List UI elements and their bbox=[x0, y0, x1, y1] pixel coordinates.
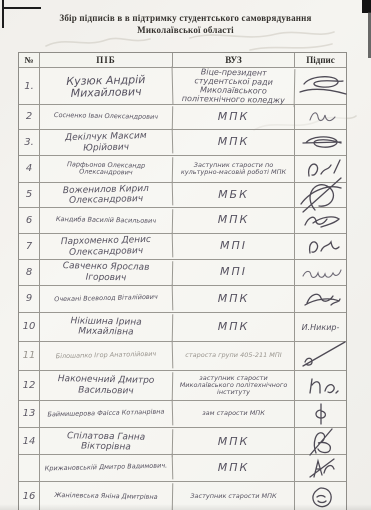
name-cell: Очекані Всеволод Віталійович bbox=[40, 284, 174, 313]
table-row: 6 Кандиба Василій Васильович МПК bbox=[19, 208, 346, 234]
row-number: 6 bbox=[19, 208, 40, 233]
vuz-cell: МПК bbox=[173, 130, 295, 155]
table-row: 10 Нікішина Ірина Михайлівна МПК И.Никир… bbox=[19, 313, 346, 342]
signature-scribble bbox=[300, 133, 342, 153]
scan-bottom-shade bbox=[0, 504, 371, 510]
signature-cell bbox=[295, 428, 346, 456]
name-cell: Пархоменко Денис Олександрович bbox=[40, 232, 174, 260]
vuz-cell: МПІ bbox=[173, 260, 295, 285]
name-cell: Кандиба Василій Васильович bbox=[40, 207, 173, 235]
vuz-cell: МПК bbox=[173, 428, 295, 456]
signature-scribble bbox=[301, 289, 341, 309]
table-row: 8 Савченко Ярослав Ігорович МПІ bbox=[19, 260, 346, 286]
vuz-cell: заступник старости Миколаївського політе… bbox=[173, 371, 295, 400]
signature-scribble bbox=[306, 429, 336, 455]
signature-cell bbox=[295, 342, 346, 370]
name-cell: Декілчук Максим Юрійович bbox=[40, 128, 174, 156]
signature-scribble bbox=[302, 237, 340, 257]
vuz-cell: Заступник старости по культурно-масовій … bbox=[173, 156, 295, 182]
vuz-cell: МПК bbox=[173, 105, 295, 129]
row-number: 13 bbox=[19, 401, 40, 427]
signature-cell bbox=[295, 68, 346, 106]
signature-cell bbox=[295, 105, 346, 129]
table-row: 3. Декілчук Максим Юрійович МПК bbox=[19, 130, 346, 156]
table-row: 14 Спілатова Ганна Вікторівна МПК bbox=[19, 428, 346, 455]
signature-cell bbox=[295, 371, 346, 400]
vuz-cell: МПК bbox=[173, 313, 295, 341]
name-cell: Савченко Ярослав Ігорович bbox=[40, 259, 173, 287]
signature-scribble bbox=[299, 184, 343, 206]
signature-cell bbox=[295, 208, 346, 233]
row-number: 7 bbox=[19, 234, 40, 259]
row-number: 4 bbox=[19, 156, 40, 182]
table-row: 4 Парфьонов Олександр Олександрович Заст… bbox=[19, 156, 346, 183]
signature-scribble bbox=[303, 375, 339, 397]
signature-scribble bbox=[301, 158, 341, 180]
name-cell: Парфьонов Олександр Олександрович bbox=[40, 155, 173, 184]
header-num: № bbox=[19, 53, 40, 67]
signature-scribble bbox=[298, 74, 344, 100]
scanned-signature-sheet: Збір підписів в в підтримку студентськог… bbox=[0, 0, 371, 510]
signature-cell bbox=[295, 286, 346, 312]
signature-cell bbox=[295, 130, 346, 155]
name-cell: Крижановській Дмитро Вадимович. bbox=[40, 453, 174, 482]
title-line-2: Миколаївської області bbox=[24, 24, 347, 36]
row-number: 8 bbox=[19, 260, 40, 285]
row-number: 1. bbox=[19, 68, 40, 106]
signature-scribble bbox=[301, 211, 341, 231]
table-header-row: № ПІБ ВУЗ Підпис bbox=[19, 53, 346, 68]
row-number: 2 bbox=[19, 105, 40, 129]
name-cell: Сосненко Іван Олександрович bbox=[40, 104, 173, 131]
row-number bbox=[19, 455, 40, 481]
name-cell: Білошапко Ігор Анатолійович bbox=[40, 340, 174, 371]
title-line-1: Збір підписів в в підтримку студентськог… bbox=[24, 12, 347, 24]
vuz-cell: староста групи 405-211 МПІ bbox=[173, 342, 295, 370]
signature-cell bbox=[295, 455, 346, 481]
signature-cell bbox=[295, 401, 346, 427]
signature-scribble bbox=[309, 402, 333, 426]
table-row: 13 Баймишерова Фаісса Котланрівна зам ст… bbox=[19, 401, 346, 428]
header-signature: Підпис bbox=[295, 53, 346, 67]
signature-cell: И.Никир- bbox=[295, 313, 346, 341]
signature-scribble bbox=[304, 107, 338, 127]
vuz-cell: МПІ bbox=[173, 234, 295, 259]
row-number: 14 bbox=[19, 428, 40, 456]
table-row: 7 Пархоменко Денис Олександрович МПІ bbox=[19, 234, 346, 260]
header-vuz: ВУЗ bbox=[173, 53, 295, 67]
scan-registration-mark bbox=[2, 0, 4, 28]
page-title: Збір підписів в в підтримку студентськог… bbox=[24, 12, 347, 36]
scan-registration-mark bbox=[3, 7, 41, 9]
signature-scribble bbox=[299, 344, 343, 368]
table-row: 2 Сосненко Іван Олександрович МПК bbox=[19, 105, 346, 130]
name-cell: Нікішина Ірина Михайлівна bbox=[40, 312, 174, 343]
row-number: 10 bbox=[19, 313, 40, 341]
table-row: 11 Білошапко Ігор Анатолійович староста … bbox=[19, 342, 346, 371]
vuz-cell: МПК bbox=[173, 208, 295, 233]
vuz-cell: МБК bbox=[173, 183, 295, 207]
row-number: 9 bbox=[19, 286, 40, 312]
name-cell: Баймишерова Фаісса Котланрівна bbox=[40, 399, 174, 428]
vuz-cell: МПК bbox=[173, 455, 295, 481]
row-number: 12 bbox=[19, 371, 40, 400]
vuz-cell: МПК bbox=[173, 286, 295, 312]
table-row: 12 Наконечний Дмитро Васильович заступни… bbox=[19, 371, 346, 401]
row-number: 11 bbox=[19, 342, 40, 370]
name-cell: Кузюк Андрій Михайлович bbox=[40, 66, 174, 107]
signature-table: № ПІБ ВУЗ Підпис 1. Кузюк Андрій Михайло… bbox=[18, 52, 347, 510]
signature-cell bbox=[295, 183, 346, 207]
row-number: 5 bbox=[19, 183, 40, 207]
name-cell: Воженилов Кирил Олександрович bbox=[40, 181, 174, 208]
signature-cell bbox=[295, 234, 346, 259]
header-name: ПІБ bbox=[40, 53, 173, 67]
signature-scribble bbox=[306, 457, 336, 479]
table-row: Крижановській Дмитро Вадимович. МПК bbox=[19, 455, 346, 482]
table-row: 1. Кузюк Андрій Михайлович Віце-президен… bbox=[19, 68, 346, 105]
vuz-cell: Віце-президент студентської ради Миколаї… bbox=[173, 67, 296, 107]
table-row: 9 Очекані Всеволод Віталійович МПК bbox=[19, 286, 346, 313]
signature-cell bbox=[295, 260, 346, 285]
signature-cell bbox=[295, 156, 346, 182]
name-cell: Спілатова Ганна Вікторівна bbox=[40, 427, 174, 458]
table-row: 5 Воженилов Кирил Олександрович МБК bbox=[19, 183, 346, 208]
row-number: 3. bbox=[19, 130, 40, 155]
signature-scribble bbox=[300, 264, 342, 282]
name-cell: Наконечний Дмитро Васильович bbox=[40, 370, 174, 402]
vuz-cell: зам старости МПК bbox=[173, 401, 295, 427]
